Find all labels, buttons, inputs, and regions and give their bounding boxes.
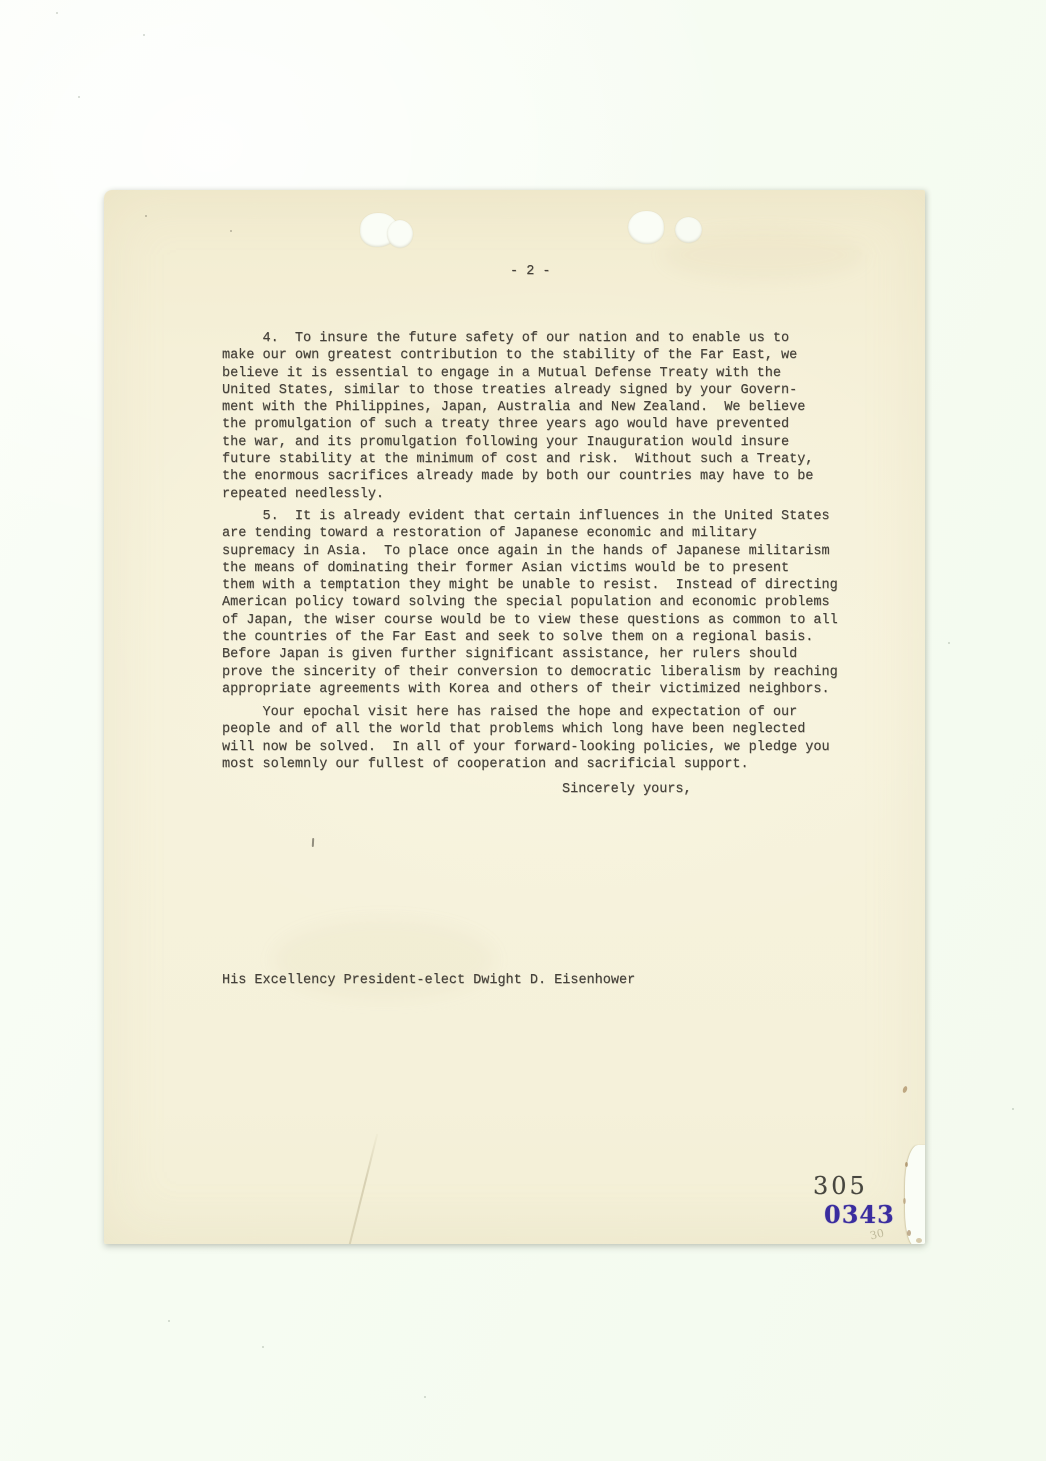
pencil-note: 30: [869, 1226, 886, 1242]
closing-paragraph: Your epochal visit here has raised the h…: [222, 704, 830, 773]
addressee-line: His Excellency President-elect Dwight D.…: [222, 972, 635, 989]
letter-page: - 2 - 4. To insure the future safety of …: [104, 190, 925, 1244]
dust-speck: [948, 642, 950, 644]
stray-ink-mark: [312, 838, 314, 847]
edge-speckle: [916, 1238, 922, 1243]
punch-hole: [628, 211, 664, 244]
paragraph-4: 4. To insure the future safety of our na…: [222, 330, 813, 503]
paragraph-5: 5. It is already evident that certain in…: [222, 508, 838, 698]
signoff: Sincerely yours,: [562, 781, 692, 798]
punch-hole: [675, 217, 702, 243]
edge-speckle: [903, 1198, 906, 1204]
dust-speck: [143, 34, 145, 36]
edge-speckle: [905, 1162, 908, 1167]
edge-speckle: [902, 1086, 908, 1094]
ink-speck: [145, 215, 147, 217]
dust-speck: [56, 12, 58, 14]
page-number: - 2 -: [510, 263, 551, 280]
dust-speck: [424, 1396, 426, 1398]
paper-crease: [348, 1134, 378, 1244]
ink-speck: [230, 230, 232, 232]
archive-stamp: 0343: [824, 1200, 895, 1229]
edge-speckle: [907, 1230, 911, 1236]
scan-background: - 2 - 4. To insure the future safety of …: [0, 0, 1046, 1461]
dust-speck: [262, 1346, 264, 1348]
dust-speck: [78, 96, 80, 98]
folio-stamp: 305: [813, 1172, 868, 1200]
punch-hole: [387, 220, 413, 248]
dust-speck: [168, 1320, 170, 1322]
dust-speck: [1012, 1108, 1014, 1110]
